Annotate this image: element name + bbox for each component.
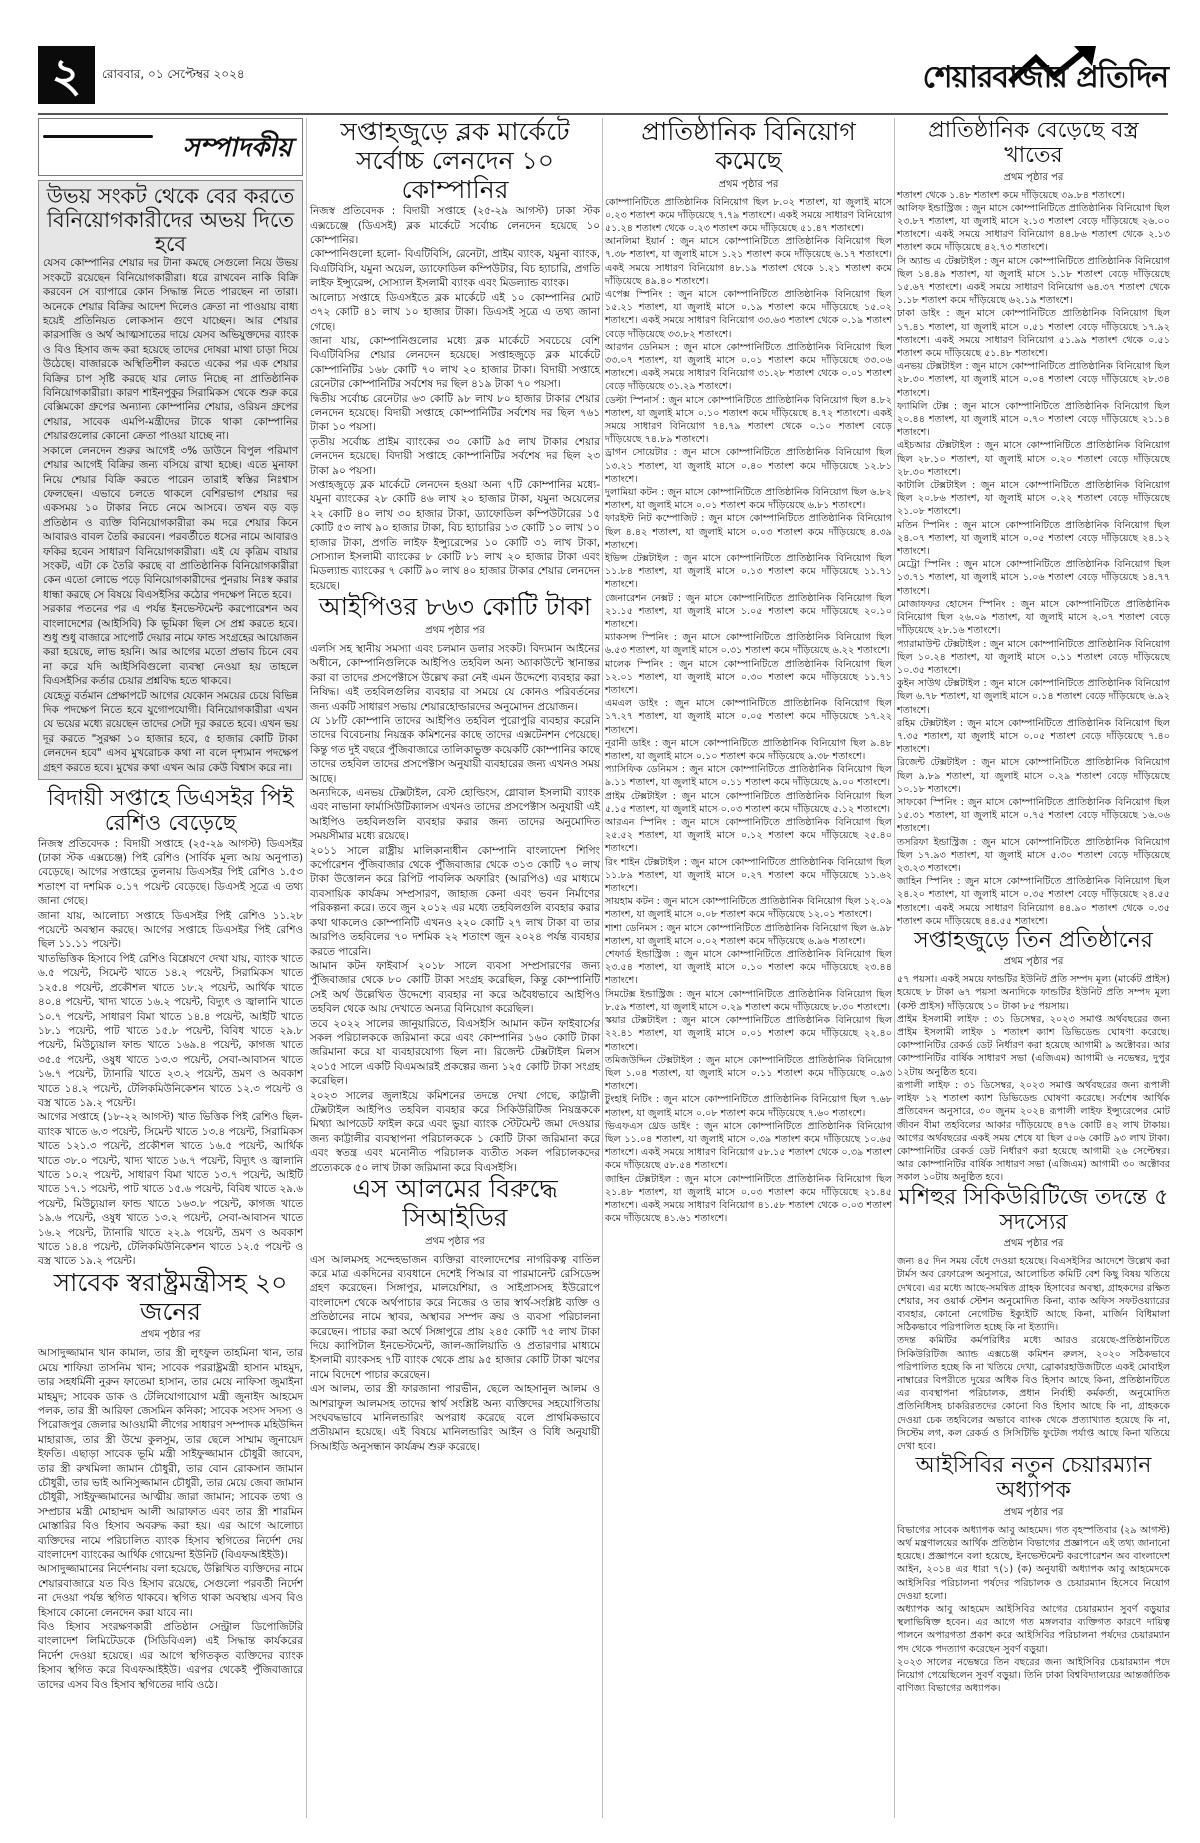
continued-label: প্রথম পৃষ্ঠার পর (897, 170, 1170, 187)
masthead-divider (38, 113, 1168, 115)
paragraph: স্কয়ার টেক্সটাইল : জুন মাসে কোম্পানিটিত… (605, 1014, 892, 1054)
article-body: ৫৭ পয়সা। একই সময়ে ফান্ডটির ইউনিট প্রতি… (897, 973, 1170, 1184)
paragraph: আসাদুজ্জামান খান কামাল, তার স্ত্রী লুৎফু… (38, 1346, 303, 1562)
paragraph: জানা যায়, কোম্পানিগুলোর মধ্যে ব্লক মার্… (310, 334, 600, 392)
continued-label: প্রথম পৃষ্ঠার পর (897, 1236, 1170, 1253)
column-4: প্রাতিষ্ঠানিক বেড়েছে বস্ত্র খাতের প্রথম… (897, 118, 1170, 1695)
continued-label: প্রথম পৃষ্ঠার পর (605, 177, 892, 194)
textile-increase-article: প্রাতিষ্ঠানিক বেড়েছে বস্ত্র খাতের প্রথম… (897, 118, 1170, 928)
article-body: বিভাগের সাবেক অধ্যাপক আবু আহমেদ। গত বৃহস… (897, 1524, 1170, 1696)
paragraph: জেনারেশন নেক্সট : জুন মাসে কোম্পানিটিতে … (605, 592, 892, 632)
paragraph: জাহিন স্পিনিং : জুন মাসে কোম্পানিটিতে প্… (897, 875, 1170, 928)
editorial-body: যেসব কোম্পানির শেয়ার দর টানা কমছে সেগুল… (43, 256, 298, 775)
article-headline: সাবেক স্বরাষ্ট্রমন্ত্রীসহ ২০ জনের (38, 1269, 303, 1327)
paragraph: ২০২৩ সালের জুলাইয়ে কমিশনের তদন্তে দেখা … (310, 1089, 600, 1175)
paragraph: নূরানী ডাইং : জুন মাসে কোম্পানিটিতে প্রা… (605, 737, 892, 763)
editorial-headline: উভয় সংকট থেকে বের করতে বিনিয়োগকারীদের … (43, 184, 298, 256)
paragraph: রিং শাইন টেক্সটাইল : জুন মাসে কোম্পানিটি… (605, 856, 892, 896)
paragraph: এমএল ডাইং : জুন মাসে কোম্পানিটিতে প্রাতি… (605, 697, 892, 737)
decorative-stroke (43, 135, 153, 138)
column-divider (306, 118, 307, 1818)
paragraph: মালেক স্পিনিং : জুন মাসে কোম্পানিটিতে প্… (605, 658, 892, 698)
paragraph: দুলামিয়া কটন : জুন মাসে কোম্পানিটিতে প্… (605, 486, 892, 512)
institutional-decline-article: প্রাতিষ্ঠানিক বিনিয়োগ কমেছে প্রথম পৃষ্ঠ… (605, 118, 892, 1225)
paragraph: অধ্যাপক আবু আহমেদ আইসিবির আগের চেয়ারম্য… (897, 1603, 1170, 1656)
brand-logo[interactable]: শেয়ারবাজার প্রতিদিন (898, 46, 1168, 104)
paragraph: ম্যাকসন্স স্পিনিং : জুন মাসে কোম্পানিটিত… (605, 631, 892, 657)
paragraph: এলসি সহ স্থানীয় সমস্যা এবং চলমান ডলার স… (310, 642, 600, 714)
paragraph: এস আলমসহ সন্দেহভাজন ব্যক্তিরা বাংলাদেশের… (310, 1253, 600, 1383)
article-body: এলসি সহ স্থানীয় সমস্যা এবং চলমান ডলার স… (310, 642, 600, 1175)
paragraph: জন্য ৪৫ দিন সময় বেঁধে দেওয়া হয়েছে। বি… (897, 1255, 1170, 1334)
paragraph: প্যারামাউন্ট টেক্সটাইল : জুন মাসে কোম্পা… (897, 638, 1170, 678)
paragraph: সাফকো স্পিনিং : জুন মাসে কোম্পানিটিতে প্… (897, 796, 1170, 836)
paragraph: সিমটেক্স ইন্ডাস্ট্রিজ : জুন মাসে কোম্পান… (605, 988, 892, 1014)
paragraph: সায়হাম কটন : জুন মাসে কোম্পানিটিতে প্রা… (605, 895, 892, 921)
paragraph: জানা যায়, আলোচ্য সপ্তাহে ডিএসইর পিই রেশ… (38, 909, 303, 952)
paragraph: দ্বিতীয় সর্বোচ্চ রেনেটার ৬৩ কোটি ৯৮ লাখ… (310, 392, 600, 435)
article-body: আসাদুজ্জামান খান কামাল, তার স্ত্রী লুৎফু… (38, 1346, 303, 1692)
paragraph: তমিজউদ্দিন টেক্সটাইল : জুন মাসে কোম্পানি… (605, 1054, 892, 1094)
paragraph: আগের সপ্তাহে (১৮-২২ আগস্ট) খাত ভিত্তিক প… (38, 1110, 303, 1268)
paragraph: ফ্যামিলি টেক্স : জুন মাসে কোম্পানিটিতে প… (897, 400, 1170, 440)
paragraph: রিজেন্ট টেক্সটাইল : জুন মাসে কোম্পানিটিত… (897, 756, 1170, 796)
paragraph: মতিন স্পিনিং : জুন মাসে কোম্পানিটিতে প্র… (897, 519, 1170, 559)
paragraph: ২০২৩ সালের নভেম্বরে তিন বছরের জন্য আইসিব… (897, 1656, 1170, 1696)
paragraph: ৫৭ পয়সা। একই সময়ে ফান্ডটির ইউনিট প্রতি… (897, 973, 1170, 1013)
paragraph: রহিম টেক্সটাইল : জুন মাসে কোম্পানিটিতে প… (897, 717, 1170, 757)
paragraph: কোম্পানিগুলো হলো- বিএটিবিসি, রেনেটা, প্র… (310, 247, 600, 290)
continued-label: প্রথম পৃষ্ঠার পর (38, 1327, 303, 1344)
paragraph: আনলিমা ইয়ার্ন : জুন মাসে কোম্পানিটিতে প… (605, 235, 892, 288)
paragraph: ২০১১ সালে রাষ্ট্রীয় মালিকানাধীন কোম্পান… (310, 844, 600, 959)
column-3: প্রাতিষ্ঠানিক বিনিয়োগ কমেছে প্রথম পৃষ্ঠ… (605, 118, 892, 1225)
three-institutions-article: সপ্তাহজুড়ে তিন প্রতিষ্ঠানের প্রথম পৃষ্ঠ… (897, 928, 1170, 1185)
icb-chairman-article: আইসিবির নতুন চেয়ারম্যান অধ্যাপক প্রথম প… (897, 1453, 1170, 1695)
masthead: ২ রোববার, ০১ সেপ্টেম্বর ২০২৪ শেয়ারবাজার… (38, 46, 1168, 104)
paragraph: প্রাইম টেক্সটাইল : জুন মাসে কোম্পানিটিতে… (605, 790, 892, 816)
column-divider (602, 118, 603, 1818)
paragraph: ইভিন্স টেক্সটাইল : জুন মাসে কোম্পানিটিতে… (605, 552, 892, 592)
article-body: শতাংশ থেকে ১.৪৮ শতাংশ কমে দাঁড়িয়েছে ৩৯… (897, 189, 1170, 928)
paragraph: সকালে লেনদেন শুরুর আগেই ৩% ডাউনে বিপুল প… (43, 444, 298, 602)
paragraph: জাহিন টেক্সটাইল : জুন মাসে কোম্পানিটিতে … (605, 1173, 892, 1226)
paragraph: মেট্রো স্পিনিং : জুন মাসে কোম্পানিটিতে প… (897, 558, 1170, 598)
paragraph: মোজাফফর হোসেন স্পিনিং : জুন মাসে কোম্পান… (897, 598, 1170, 638)
paragraph: সপ্তাহজুড়ে ব্লক মার্কেটে লেনদেন হওয়া অ… (310, 478, 600, 593)
continued-label: প্রথম পৃষ্ঠার পর (310, 623, 600, 640)
paragraph: এনভয় টেক্সটাইল : জুন মাসে কোম্পানিটিতে … (897, 360, 1170, 400)
block-market-article: সপ্তাহজুড়ে ব্লক মার্কেটে সর্বোচ্চ লেনদে… (310, 118, 600, 593)
paragraph: টুংহাই নিটিং : জুন মাসে কোম্পানিটিতে প্র… (605, 1093, 892, 1119)
article-body: নিজস্ব প্রতিবেদক : বিদায়ী সপ্তাহে (২৫-২… (310, 204, 600, 593)
article-body: কোম্পানিটিতে প্রাতিষ্ঠানিক বিনিয়োগ ছিল … (605, 196, 892, 1226)
cid-article: এস আলমের বিরুদ্ধে সিআইডির প্রথম পৃষ্ঠার … (310, 1175, 600, 1454)
paragraph: বিও হিসাব সংরক্ষণকারী প্রতিষ্ঠান সেন্ট্র… (38, 1620, 303, 1692)
mashiur-securities-article: মশিহুর সিকিউরিটিজে তদন্তে ৫ সদস্যের প্রথ… (897, 1185, 1170, 1454)
paragraph: ফারইস্ট নিট কম্পোজিট : জুন মাসে কোম্পানি… (605, 512, 892, 552)
editorial-banner: সম্পাদকীয় (38, 118, 303, 176)
paragraph: এপেক্স স্পিনিং : জুন মাসে কোম্পানিটিতে প… (605, 288, 892, 341)
article-headline: আইপিওর ৮৬৩ কোটি টাকা (310, 593, 600, 622)
paragraph: এইচআর টেক্সটাইল : জুন মাসে কোম্পানিটিতে … (897, 439, 1170, 479)
paragraph: এস আলম, তার স্ত্রী ফারজানা পারভীন, ছেলে … (310, 1382, 600, 1454)
paragraph: যে ১৮টি কোম্পানি তাদের আইপিও তহবিল পুরোপ… (310, 714, 600, 786)
paragraph: খাতভিত্তিক হিসাবে পিই রেশিও বিশ্লেষণে দে… (38, 952, 303, 1110)
paragraph: আলোচ্য সপ্তাহে ডিএসইতে ব্লক মার্কেটে এই … (310, 291, 600, 334)
paragraph: অন্যদিকে, এনভয় টেক্সটাইল, বেস্ট হোল্ডিং… (310, 786, 600, 844)
paragraph: আরএন স্পিনিং : জুন মাসে কোম্পানিটিতে প্র… (605, 816, 892, 856)
paragraph: ভিএফএস থ্রেড ডাইং : জুন মাসে কোম্পানিটিত… (605, 1120, 892, 1173)
pe-ratio-article: বিদায়ী সপ্তাহে ডিএসইর পিই রেশিও বেড়েছে… (38, 786, 303, 1269)
paragraph: প্রাইম ইসলামী লাইফ : ৩১ ডিসেম্বর, ২০২৩ স… (897, 1013, 1170, 1079)
article-body: জন্য ৪৫ দিন সময় বেঁধে দেওয়া হয়েছে। বি… (897, 1255, 1170, 1453)
column-2: সপ্তাহজুড়ে ব্লক মার্কেটে সর্বোচ্চ লেনদে… (310, 118, 600, 1454)
page-number: ২ (38, 46, 95, 104)
paragraph: যেসব কোম্পানির শেয়ার দর টানা কমছে সেগুল… (43, 256, 298, 443)
column-1: সম্পাদকীয় উভয় সংকট থেকে বের করতে বিনিয… (38, 118, 303, 1692)
article-headline: বিদায়ী সপ্তাহে ডিএসইর পিই রেশিও বেড়েছে (38, 786, 303, 837)
article-headline: মশিহুর সিকিউরিটিজে তদন্তে ৫ সদস্যের (897, 1185, 1170, 1236)
paragraph: রূপালী লাইফ : ৩১ ডিসেম্বর, ২০২৩ সমাপ্ত অ… (897, 1079, 1170, 1185)
brand-name: শেয়ারবাজার প্রতিদিন (923, 53, 1168, 104)
paragraph: সরকার পতনের পর এ পর্যন্ত ইনভেস্টমেন্ট কর… (43, 602, 298, 688)
paragraph: তৃতীয় সর্বোচ্চ প্রাইম ব্যাংকের ৩০ কোটি … (310, 435, 600, 478)
paragraph: আলিফ ইন্ডাস্ট্রিজ : জুন মাসে কোম্পানিটিত… (897, 202, 1170, 255)
paragraph: আরগন ডেনিমস : জুন মাসে কোম্পানিটিতে প্রা… (605, 341, 892, 394)
paragraph: তবে ২০২২ সালের জানুয়ারিতে, বিএসইসি আমান… (310, 1017, 600, 1089)
article-headline: প্রাতিষ্ঠানিক বেড়েছে বস্ত্র খাতের (897, 118, 1170, 169)
column-divider (894, 118, 895, 1818)
paragraph: বিভাগের সাবেক অধ্যাপক আবু আহমেদ। গত বৃহস… (897, 1524, 1170, 1603)
paragraph: ঢাকা ডাইং : জুন মাসে কোম্পানিটিতে প্রাতি… (897, 307, 1170, 360)
article-headline: প্রাতিষ্ঠানিক বিনিয়োগ কমেছে (605, 118, 892, 176)
paragraph: তসরিফা ইন্ডাস্ট্রিজ : জুন মাসে কোম্পানিট… (897, 836, 1170, 876)
article-body: নিজস্ব প্রতিবেদক : বিদায়ী সপ্তাহে (২৫-২… (38, 837, 303, 1269)
ex-minister-article: সাবেক স্বরাষ্ট্রমন্ত্রীসহ ২০ জনের প্রথম … (38, 1269, 303, 1692)
ipo-article: আইপিওর ৮৬৩ কোটি টাকা প্রথম পৃষ্ঠার পর এল… (310, 593, 600, 1175)
paragraph: তদন্ত কমিটির কর্মপরিধির মধ্যে আরও রয়েছে… (897, 1334, 1170, 1453)
paragraph: যেহেতু বর্তমান প্রেক্ষাপটে আগের যেকোন সম… (43, 689, 298, 775)
continued-label: প্রথম পৃষ্ঠার পর (897, 954, 1170, 971)
paragraph: প্যাসিফিক ডেনিমস : জুন মাসে কোম্পানিটিতে… (605, 763, 892, 789)
paragraph: সি অ্যান্ড এ টেক্সটাইল : জুন মাসে কোম্পা… (897, 255, 1170, 308)
paragraph: আমান কটন ফাইবার্স ২০১৮ সালে ব্যবসা সম্প্… (310, 959, 600, 1017)
paragraph: কোম্পানিটিতে প্রাতিষ্ঠানিক বিনিয়োগ ছিল … (605, 196, 892, 236)
paragraph: শতাংশ থেকে ১.৪৮ শতাংশ কমে দাঁড়িয়েছে ৩৯… (897, 189, 1170, 202)
paragraph: নিজস্ব প্রতিবেদক : বিদায়ী সপ্তাহে (২৫-২… (310, 204, 600, 247)
paragraph: আসাদুজ্জামানের নির্দেশনায় বলা হয়েছে, উ… (38, 1562, 303, 1620)
paragraph: ডেল্টা স্পিনার্স : জুন মাসে কোম্পানিটিতে… (605, 394, 892, 447)
issue-date: রোববার, ০১ সেপ্টেম্বর ২০২৪ (102, 66, 245, 86)
paragraph: নিজস্ব প্রতিবেদক : বিদায়ী সপ্তাহে (২৫-২… (38, 837, 303, 909)
article-headline: সপ্তাহজুড়ে তিন প্রতিষ্ঠানের (897, 928, 1170, 953)
editorial-article: উভয় সংকট থেকে বের করতে বিনিয়োগকারীদের … (38, 180, 303, 780)
article-body: এস আলমসহ সন্দেহভাজন ব্যক্তিরা বাংলাদেশের… (310, 1253, 600, 1455)
continued-label: প্রথম পৃষ্ঠার পর (310, 1234, 600, 1251)
article-headline: এস আলমের বিরুদ্ধে সিআইডির (310, 1175, 600, 1233)
paragraph: ড্রাগন সোয়েটার : জুন মাসে কোম্পানিটিতে … (605, 446, 892, 486)
paragraph: শাশা ডেনিমস : জুন মাসে কোম্পানিটিতে প্রা… (605, 922, 892, 948)
editorial-section-title: সম্পাদকীয় (183, 127, 292, 171)
paragraph: কাটালি টেক্সটাইল : জুন মাসে কোম্পানিটিতে… (897, 479, 1170, 519)
article-headline: আইসিবির নতুন চেয়ারম্যান অধ্যাপক (897, 1453, 1170, 1504)
continued-label: প্রথম পৃষ্ঠার পর (897, 1505, 1170, 1522)
article-headline: সপ্তাহজুড়ে ব্লক মার্কেটে সর্বোচ্চ লেনদে… (310, 118, 600, 204)
paragraph: শেফার্ড ইন্ডাস্ট্রিজ : জুন মাসে কোম্পানি… (605, 948, 892, 988)
paragraph: কুইন সাউথ টেক্সটাইল : জুন মাসে কোম্পানিট… (897, 677, 1170, 717)
